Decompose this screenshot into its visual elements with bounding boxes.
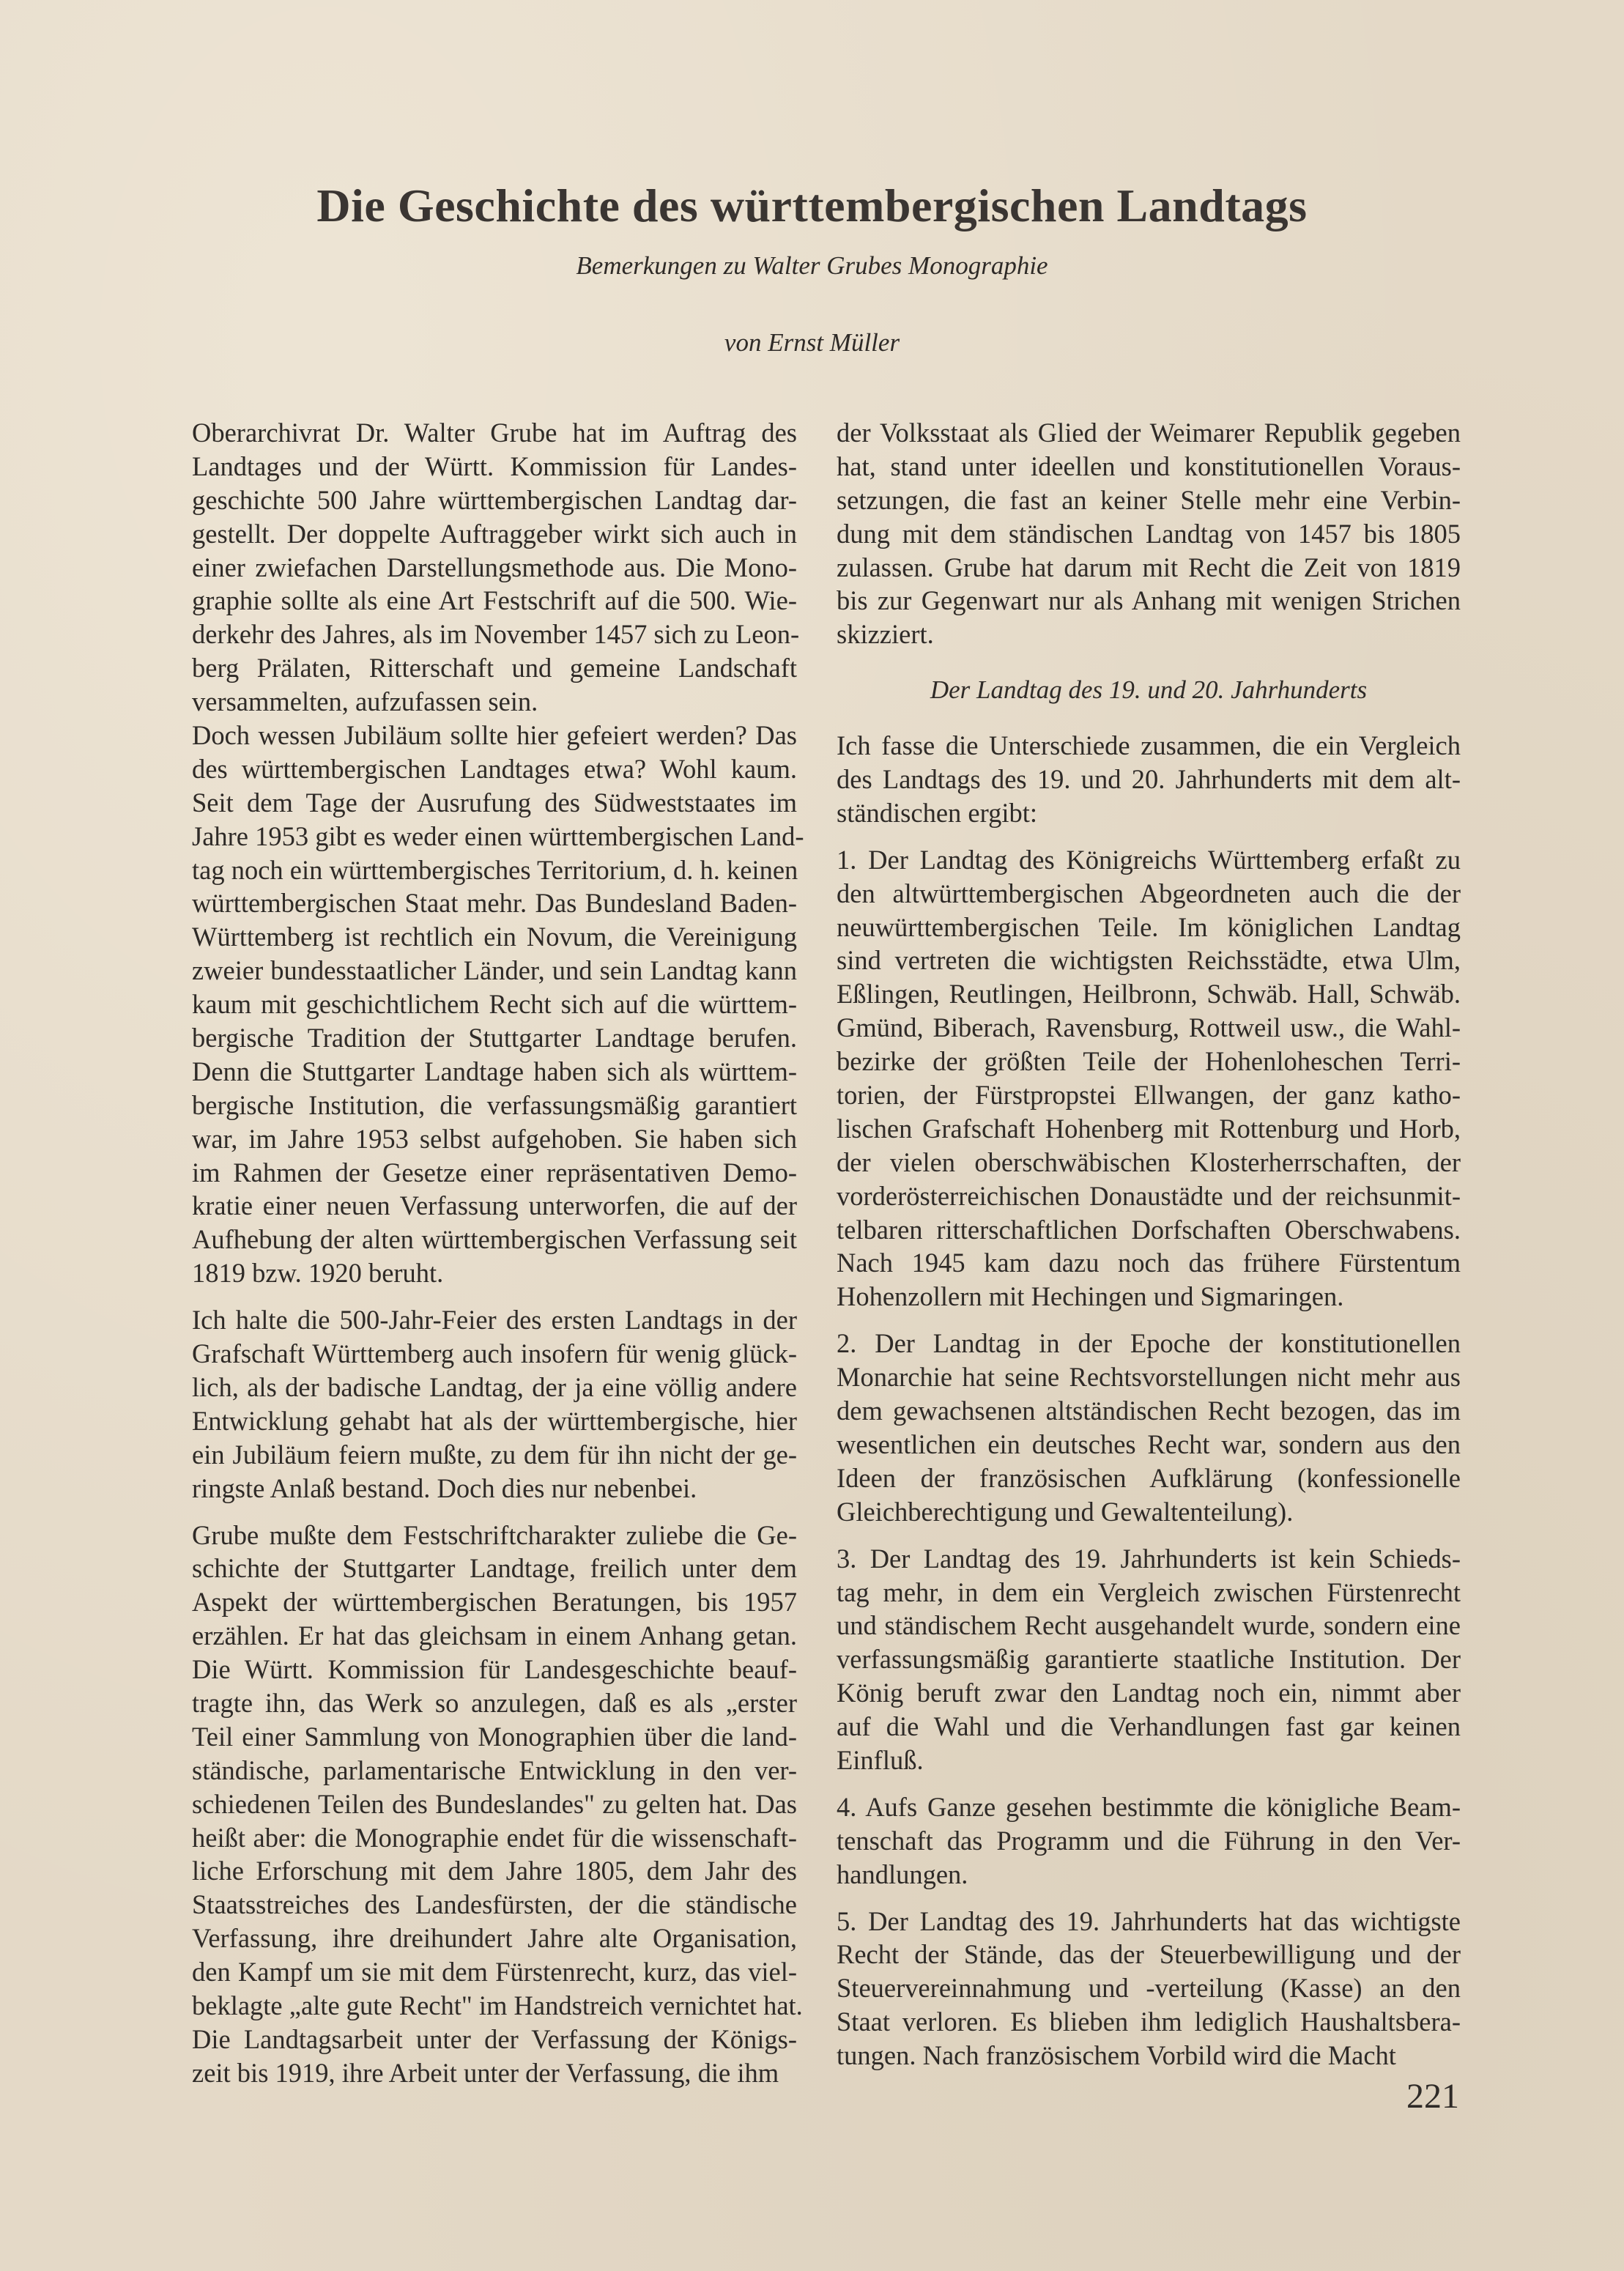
text-line: Die Württ. Kommission für Landesgeschich…	[192, 1653, 797, 1686]
numbered-point: 2. Der Landtag in der Epoche der konstit…	[837, 1327, 1461, 1528]
text-line: 4. Aufs Ganze gesehen bestimmte die köni…	[837, 1790, 1461, 1824]
text-line: zeit bis 1919, ihre Arbeit unter der Ver…	[192, 2056, 797, 2090]
text-line: schichte der Stuttgarter Landtage, freil…	[192, 1552, 797, 1585]
text-line: bis zur Gegenwart nur als Anhang mit wen…	[837, 584, 1461, 618]
text-line: Staat verloren. Es blieben ihm lediglich…	[837, 2005, 1461, 2039]
text-line: der vielen oberschwäbischen Klosterherrs…	[837, 1146, 1461, 1179]
text-line: dem gewachsenen altständischen Recht bez…	[837, 1394, 1461, 1428]
text-line: Landtages und der Württ. Kommission für …	[192, 450, 797, 484]
text-line: berg Prälaten, Ritterschaft und gemeine …	[192, 651, 797, 685]
text-line: kratie einer neuen Verfassung unterworfe…	[192, 1189, 797, 1223]
text-line: tungen. Nach französischem Vorbild wird …	[837, 2039, 1461, 2072]
text-line: Seit dem Tage der Ausrufung des Südwests…	[192, 786, 797, 820]
text-line: wesentlichen ein deutsches Recht war, so…	[837, 1428, 1461, 1461]
text-line: tag mehr, in dem ein Vergleich zwischen …	[837, 1576, 1461, 1609]
text-line: skizziert.	[837, 618, 1461, 651]
text-line: beklagte „alte gute Recht" im Handstreic…	[192, 1989, 797, 2023]
text-line: Württemberg ist rechtlich ein Novum, die…	[192, 920, 797, 954]
text-line: hat, stand unter ideellen und konstituti…	[837, 450, 1461, 484]
text-line: neuwürttembergischen Teile. Im königlich…	[837, 911, 1461, 944]
text-line: einer zwiefachen Darstellungsmethode aus…	[192, 551, 797, 585]
text-line: Nach 1945 kam dazu noch das frühere Fürs…	[837, 1246, 1461, 1280]
paragraph-spacer	[837, 1529, 1461, 1542]
text-line: Gmünd, Biberach, Ravensburg, Rottweil us…	[837, 1011, 1461, 1045]
text-line: kaum mit geschichtlichem Recht sich auf …	[192, 988, 797, 1021]
text-line: den altwürttembergischen Abgeordneten au…	[837, 877, 1461, 911]
text-line: Verfassung, ihre dreihundert Jahre alte …	[192, 1922, 797, 1955]
paragraph: Oberarchivrat Dr. Walter Grube hat im Au…	[192, 416, 797, 719]
text-line: setzungen, die fast an keiner Stelle meh…	[837, 484, 1461, 517]
numbered-point: 3. Der Landtag des 19. Jahrhunderts ist …	[837, 1542, 1461, 1777]
text-line: Grube mußte dem Festschriftcharakter zul…	[192, 1519, 797, 1552]
text-line: Ideen der französischen Aufklärung (konf…	[837, 1461, 1461, 1495]
text-line: zulassen. Grube hat darum mit Recht die …	[837, 551, 1461, 585]
text-line: 1. Der Landtag des Königreichs Württembe…	[837, 843, 1461, 877]
text-line: Hohenzollern mit Hechingen und Sigmaring…	[837, 1280, 1461, 1314]
paragraph: Grube mußte dem Festschriftcharakter zul…	[192, 1519, 797, 2090]
text-line: Teil einer Sammlung von Monographien übe…	[192, 1720, 797, 1754]
text-line: Ich fasse die Unterschiede zusammen, die…	[837, 729, 1461, 763]
text-line: erzählen. Er hat das gleichsam in einem …	[192, 1619, 797, 1653]
paragraph-spacer	[837, 1777, 1461, 1790]
text-line: geschichte 500 Jahre württembergischen L…	[192, 484, 797, 517]
text-line: ständischen ergibt:	[837, 796, 1461, 830]
text-line: torien, der Fürstpropstei Ellwangen, der…	[837, 1078, 1461, 1112]
text-line: 2. Der Landtag in der Epoche der konstit…	[837, 1327, 1461, 1360]
paragraph-spacer	[192, 1290, 797, 1303]
text-line: verfassungsmäßig garantierte staatliche …	[837, 1642, 1461, 1676]
text-line: sind vertreten die wichtigsten Reichsstä…	[837, 944, 1461, 977]
numbered-point: 1. Der Landtag des Königreichs Württembe…	[837, 843, 1461, 1314]
text-line: des württembergischen Landtages etwa? Wo…	[192, 752, 797, 786]
text-line: der Volksstaat als Glied der Weimarer Re…	[837, 416, 1461, 450]
text-line: bergische Tradition der Stuttgarter Land…	[192, 1021, 797, 1055]
text-line: Ich halte die 500-Jahr-Feier des ersten …	[192, 1303, 797, 1337]
text-line: schiedenen Teilen des Bundeslandes" zu g…	[192, 1787, 797, 1821]
text-line: Denn die Stuttgarter Landtage haben sich…	[192, 1055, 797, 1089]
text-line: 3. Der Landtag des 19. Jahrhunderts ist …	[837, 1542, 1461, 1576]
text-line: Gleichberechtigung und Gewaltenteilung).	[837, 1495, 1461, 1529]
text-line: heißt aber: die Monographie endet für di…	[192, 1821, 797, 1855]
text-line: des Landtags des 19. und 20. Jahrhundert…	[837, 763, 1461, 796]
text-line: und ständischem Recht ausgehandelt wurde…	[837, 1609, 1461, 1642]
text-line: Grafschaft Württemberg auch insofern für…	[192, 1337, 797, 1371]
paragraph-spacer	[837, 651, 1461, 673]
page-number: 221	[1406, 2079, 1459, 2114]
text-line: Eßlingen, Reutlingen, Heilbronn, Schwäb.…	[837, 977, 1461, 1011]
right-column: der Volksstaat als Glied der Weimarer Re…	[837, 416, 1461, 2072]
text-line: auf die Wahl und die Verhandlungen fast …	[837, 1710, 1461, 1744]
paragraph: Ich fasse die Unterschiede zusammen, die…	[837, 729, 1461, 830]
text-line: liche Erforschung mit dem Jahre 1805, de…	[192, 1854, 797, 1888]
paragraph: Ich halte die 500-Jahr-Feier des ersten …	[192, 1303, 797, 1505]
paragraph: der Volksstaat als Glied der Weimarer Re…	[837, 416, 1461, 651]
left-column: Oberarchivrat Dr. Walter Grube hat im Au…	[192, 416, 797, 2090]
text-line: dung mit dem ständischen Landtag von 145…	[837, 517, 1461, 551]
paragraph-spacer	[837, 1314, 1461, 1327]
text-line: 1819 bzw. 1920 beruht.	[192, 1256, 797, 1290]
numbered-point: 4. Aufs Ganze gesehen bestimmte die köni…	[837, 1790, 1461, 1892]
text-line: Einfluß.	[837, 1744, 1461, 1777]
text-line: graphie sollte als eine Art Festschrift …	[192, 584, 797, 618]
text-line: gestellt. Der doppelte Auftraggeber wirk…	[192, 517, 797, 551]
text-line: 5. Der Landtag des 19. Jahrhunderts hat …	[837, 1905, 1461, 1938]
text-line: ein Jubiläum feiern mußte, zu dem für ih…	[192, 1438, 797, 1472]
text-line: Staatsstreiches des Landesfürsten, der d…	[192, 1888, 797, 1922]
text-line: Monarchie hat seine Rechtsvorstellungen …	[837, 1360, 1461, 1394]
text-line: im Rahmen der Gesetze einer repräsentati…	[192, 1156, 797, 1190]
text-line: württembergischen Staat mehr. Das Bundes…	[192, 886, 797, 920]
text-line: ringste Anlaß bestand. Doch dies nur neb…	[192, 1472, 797, 1505]
section-heading: Der Landtag des 19. und 20. Jahrhunderts	[837, 673, 1461, 707]
text-line: lich, als der badische Landtag, der ja e…	[192, 1371, 797, 1404]
article-subtitle: Bemerkungen zu Walter Grubes Monographie	[0, 253, 1624, 278]
text-line: Entwicklung gehabt hat als der württembe…	[192, 1404, 797, 1438]
text-line: Die Landtagsarbeit unter der Verfassung …	[192, 2023, 797, 2056]
text-line: tragte ihn, das Werk so anzulegen, daß e…	[192, 1686, 797, 1720]
text-line: telbaren ritterschaftlichen Dorfschaften…	[837, 1213, 1461, 1247]
text-line: vorderösterreichischen Donaustädte und d…	[837, 1179, 1461, 1213]
paragraph-spacer	[837, 1892, 1461, 1905]
paragraph-spacer	[192, 1505, 797, 1519]
author-byline: von Ernst Müller	[0, 330, 1624, 355]
text-line: den Kampf um sie mit dem Fürstenrecht, k…	[192, 1955, 797, 1989]
text-line: Jahre 1953 gibt es weder einen württembe…	[192, 820, 797, 853]
text-line: tenschaft das Programm und die Führung i…	[837, 1824, 1461, 1858]
article-title: Die Geschichte des württembergischen Lan…	[0, 182, 1624, 229]
text-line: lischen Grafschaft Hohenberg mit Rottenb…	[837, 1112, 1461, 1146]
text-line: handlungen.	[837, 1858, 1461, 1892]
text-line: zweier bundesstaatlicher Länder, und sei…	[192, 954, 797, 988]
paragraph-spacer	[837, 707, 1461, 729]
paragraph-spacer	[837, 830, 1461, 843]
text-line: versammelten, aufzufassen sein.	[192, 685, 797, 719]
text-line: Oberarchivrat Dr. Walter Grube hat im Au…	[192, 416, 797, 450]
text-line: Aufhebung der alten württembergischen Ve…	[192, 1223, 797, 1256]
text-line: Steuervereinnahmung und -verteilung (Kas…	[837, 1971, 1461, 2005]
text-line: bezirke der größten Teile der Hohenlohes…	[837, 1045, 1461, 1078]
text-line: tag noch ein württembergisches Territori…	[192, 853, 797, 887]
numbered-point: 5. Der Landtag des 19. Jahrhunderts hat …	[837, 1905, 1461, 2072]
text-line: Doch wessen Jubiläum sollte hier gefeier…	[192, 719, 797, 752]
text-line: war, im Jahre 1953 selbst aufgehoben. Si…	[192, 1122, 797, 1156]
text-line: Aspekt der württembergischen Beratungen,…	[192, 1585, 797, 1619]
text-line: derkehr des Jahres, als im November 1457…	[192, 618, 797, 651]
paragraph: Doch wessen Jubiläum sollte hier gefeier…	[192, 719, 797, 1290]
text-line: König beruft zwar den Landtag noch ein, …	[837, 1676, 1461, 1710]
text-line: Recht der Stände, das der Steuerbewillig…	[837, 1938, 1461, 1971]
text-line: bergische Institution, die verfassungsmä…	[192, 1089, 797, 1122]
text-line: ständische, parlamentarische Entwicklung…	[192, 1754, 797, 1787]
